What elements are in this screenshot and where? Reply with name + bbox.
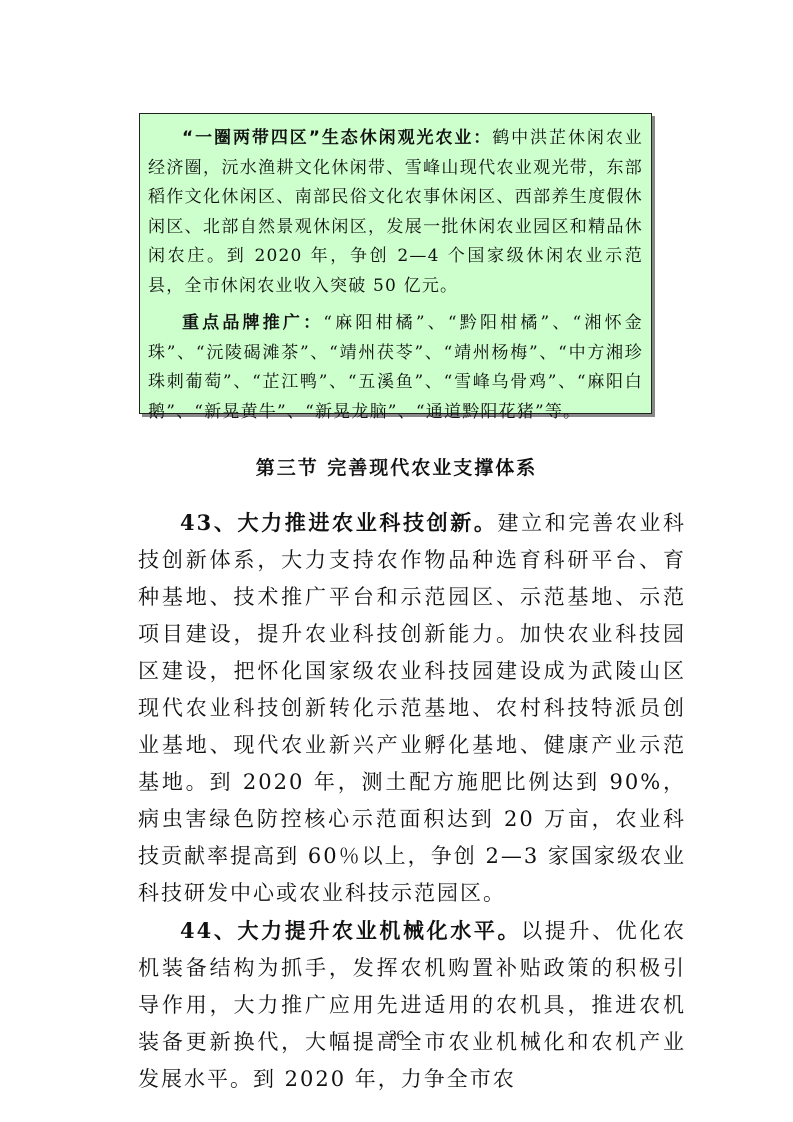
- paragraph-lead: 44、大力提升农业机械化水平。: [180, 918, 521, 943]
- callout-text: 鹤中洪芷休闲农业经济圈，沅水渔耕文化休闲带、雪峰山现代农业观光带，东部稻作文化休…: [148, 128, 643, 296]
- callout-lead: “一圈两带四区”生态休闲观光农业：: [182, 128, 492, 148]
- paragraph-text: 以提升、优化农机装备结构为抓手，发挥农机购置补贴政策的积极引导作用，大力推广应用…: [138, 919, 686, 1091]
- body-text: 43、大力推进农业科技创新。建立和完善农业科技创新体系，大力支持农作物品种选育科…: [138, 504, 686, 1098]
- body-paragraph-44: 44、大力提升农业机械化水平。以提升、优化农机装备结构为抓手，发挥农机购置补贴政…: [138, 912, 686, 1098]
- paragraph-lead: 43、大力推进农业科技创新。: [180, 510, 498, 535]
- body-paragraph-43: 43、大力推进农业科技创新。建立和完善农业科技创新体系，大力支持农作物品种选育科…: [138, 504, 686, 912]
- page-number: 36: [0, 1028, 793, 1045]
- paragraph-text: 建立和完善农业科技创新体系，大力支持农作物品种选育科研平台、育种基地、技术推广平…: [138, 511, 686, 905]
- callout-paragraph-leisure-agriculture: “一圈两带四区”生态休闲观光农业：鹤中洪芷休闲农业经济圈，沅水渔耕文化休闲带、雪…: [148, 124, 643, 301]
- callout-box: “一圈两带四区”生态休闲观光农业：鹤中洪芷休闲农业经济圈，沅水渔耕文化休闲带、雪…: [139, 113, 652, 414]
- callout-paragraph-brand-promotion: 重点品牌推广：“麻阳柑橘”、“黔阳柑橘”、“湘怀金珠”、“沅陵碣滩茶”、“靖州茯…: [148, 309, 643, 427]
- section-title: 第三节 完善现代农业支撑体系: [0, 453, 793, 480]
- callout-lead: 重点品牌推广：: [182, 313, 323, 333]
